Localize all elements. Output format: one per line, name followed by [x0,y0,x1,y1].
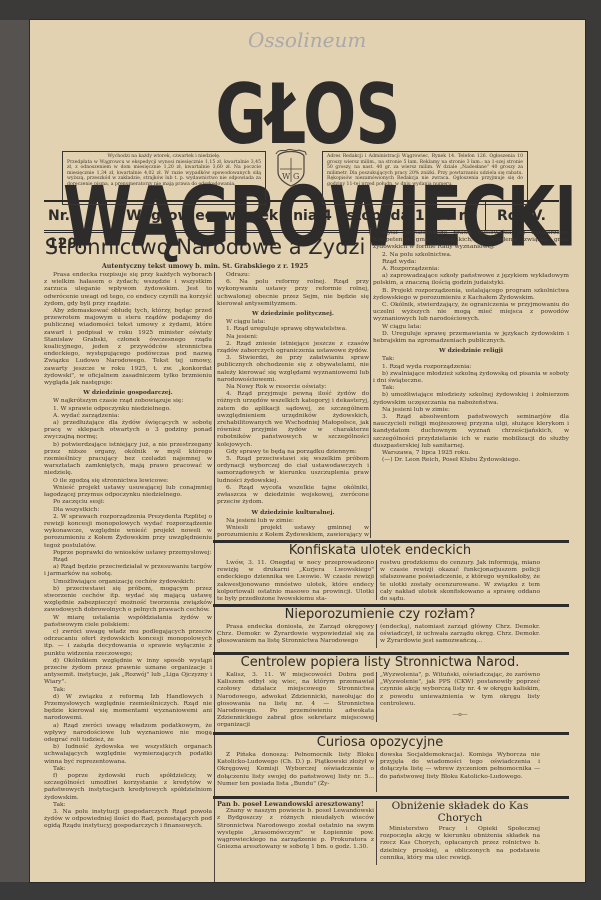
paragraph: Rząd wyda: [373,259,569,266]
article-text: Kalisz, 3. 11. W miejscowości Dobra pod … [217,672,374,730]
paragraph: 4. Rząd przyjmuje pewną ilość żydów do r… [217,391,369,449]
subscription-prices: Przedpłata w Wągrowcu w ekspedycji wynos… [67,160,261,187]
paragraph: Po zaczęciu sesji: [44,499,212,506]
ornament-divider: —o— [380,712,540,719]
paragraph: Aby zdemaskować obłudę tych, którzy, będ… [44,308,212,387]
paragraph: 3. Stwierdzi, że przy załatwianiu spraw … [217,355,369,384]
paragraph: 3. Na polu instytucji gospodarczych Rząd… [44,809,212,831]
paragraph: Umożliwiające organizację cechów żydowsk… [44,579,212,586]
editorial-info-box: Adres Redakcji i Administracji Wągrowiec… [322,151,528,205]
paragraph: Poprze poprawki do wniosków ustawy przem… [44,550,212,557]
article-text: (endecką), natomiast zarząd główny Chrz.… [380,624,540,646]
paragraph: W miarę ustalania współdziałania żydów w… [44,615,212,629]
article-title: Obniżenie składek do Kas Chorych [380,800,540,824]
handwritten-note: Ossolineum [248,28,366,52]
article-title: Centrolew popiera listy Stronnictwa Naro… [215,655,545,670]
paragraph: W najkrótszym czasie rząd zobowiązuje si… [44,398,212,405]
paragraph: b) potwierdzające istniejący już, a nie … [44,442,212,478]
issue-number: Nr. 129. [48,202,107,230]
scanner-margin-left [0,20,30,900]
paragraph: Tak: [44,687,212,694]
column-divider [376,801,377,865]
coat-of-arms-icon: W G [273,148,309,188]
section-heading: W dziedzinie kulturalnej. [217,509,369,516]
scanner-margin-bottom [0,882,601,900]
article-lewandowski: Pan b. poseł Lewandowski aresztowany! Zn… [217,801,374,851]
paragraph: (—) Dr. Leon Reich, Poseł Klubu Żydowski… [373,457,569,464]
paragraph: a) Rząd zwróci uwagę władzom podatkowym,… [44,723,212,745]
article-column-left: Prasa endecka doniosła, że Zarząd okręgo… [217,624,374,646]
paragraph: 1. Rząd wyda rozporządzenia: [373,364,569,371]
paragraph: d) W związku z reformą Izb Handlowych i … [44,694,212,723]
article-text: Znany w naszym powiecie b. poseł Lewando… [217,808,374,851]
article-title: Stronnictwo Narodowe a Żydzi [40,235,370,259]
paragraph: Wnieść projekt ustawy usuwającej lub con… [44,485,212,499]
paragraph: myśli powszechnego prawa głosowania; b) … [373,230,569,252]
article-column-left: Kalisz, 3. 11. W miejscowości Dobra pod … [217,672,374,730]
paragraph: 2. Na polu szkolnictwa. [373,252,569,259]
paragraph: Dla wszystkich: [44,507,212,514]
paragraph: B. Projekt rozporządzenia, ustalającego … [373,288,569,302]
column-divider [376,672,377,722]
paragraph: Gdy sprawy te będą na porządku dziennym: [217,449,369,456]
article-column-3: myśli powszechnego prawa głosowania; b) … [373,230,569,535]
paragraph: 5. Rząd przeciwstawi się wszelkim próbom… [217,456,369,485]
column-divider [376,752,377,792]
paragraph: Na jesieni lub w zimie: [217,518,369,525]
paragraph: Na jesieni lub w zimie: [373,407,569,414]
article-subtitle: Autentyczny tekst umowy b. min. St. Grab… [40,262,370,270]
paragraph: b) ludność żydowska we wszystkich organa… [44,744,212,766]
article-text: Prasa endecka doniosła, że Zarząd okręgo… [217,624,374,646]
paragraph: 1. Rząd ureguluje sprawę obywatelstwa. [217,326,369,333]
paragraph: 6. Na polu reformy rolnej. Rząd przy wyk… [217,279,369,308]
newspaper-page: Ossolineum GŁOS WĄGROWIECKI Wychodzi na … [30,20,585,882]
paragraph: O ile zgodzą się stronnictwa lewicowe: [44,478,212,485]
column-divider [370,228,371,538]
section-rule [213,796,569,799]
paragraph: Tak: [44,802,212,809]
paragraph: a) zaprowadzające szkoły państwowe z jęz… [373,273,569,287]
article-column-2: Odrazu:6. Na polu reformy rolnej. Rząd p… [217,272,369,537]
article-column-right: dowska Socjaldemokracja). Komisja Wyborc… [380,752,540,781]
article-column-right: rostwu grodzkiemu do cenzury. Jak inform… [380,560,540,603]
column-divider [214,272,215,882]
paragraph: a) przedłużające dla żydów święcących w … [44,420,212,442]
article-title: Curiosa opozycyjne [215,735,545,750]
paragraph: 1. W sprawie odpoczynku niedzielnego. [44,406,212,413]
editorial-address-and-ad-rates: Adres Redakcji i Administracji Wągrowiec… [327,154,523,187]
column-divider [376,624,377,648]
paragraph: C. Okólnik, stwierdzający, że ograniczen… [373,302,569,324]
article-text: rostwu grodzkiemu do cenzury. Jak inform… [380,560,540,603]
paragraph: Na jesieni: [217,334,369,341]
article-column: Ministerstwo Pracy i Opieki Społecznej r… [380,826,540,862]
paragraph: Tak: [373,356,569,363]
article-text: Z Pińska donoszą: Pełnomocnik listy Blok… [217,752,374,788]
paragraph: b) zwalniające młodzież szkolną żydowską… [373,371,569,385]
article-title: Pan b. poseł Lewandowski aresztowany! [217,801,374,808]
article-text: dowska Socjaldemokracja). Komisja Wyborc… [380,752,540,781]
paragraph: 3. Rząd absolwentom państwowych seminarj… [373,414,569,450]
section-heading: W dziedzinie politycznej. [217,310,369,317]
article-title: Nieporozumienie czy rozłam? [215,607,545,622]
paragraph: Odrazu: [217,272,369,279]
paragraph: 6. Rząd wycofa wszelkie tajne okólniki, … [217,485,369,507]
volume-year: Rok V. [489,202,554,230]
paragraph: a) Rząd będzie przeciwdziałał w przesuwa… [44,564,212,578]
article-title: Konfiskata ulotek endeckich [215,543,545,558]
paragraph: d) Okólnikiem względnie w inny sposób wy… [44,658,212,687]
paragraph: Wniesli projekt ustawy gminnej w porozum… [217,525,369,537]
paragraph: f) poprze żydowski ruch spółdzielczy, w … [44,773,212,802]
paragraph: D. Ureguluje sprawę przemawiania w język… [373,331,569,345]
article-column-left: Lwów, 3. 11. Onegdaj w nocy przeprowadzo… [217,560,374,603]
paragraph: 2. W sprawach rozporządzenia Prezydenta … [44,514,212,550]
issue-date-bar: Nr. 129. Wągrowiec, wtorek dnia 4 listop… [44,200,559,233]
paragraph: A. wydać zarządzenia: [44,413,212,420]
article-column-left: Z Pińska donoszą: Pełnomocnik listy Blok… [217,752,374,788]
article-column-right: (endecką), natomiast zarząd główny Chrz.… [380,624,540,646]
issue-date: Wągrowiec, wtorek dnia 4 listopada 1930 … [110,202,486,230]
column-divider [376,560,377,600]
svg-text:G: G [293,172,299,181]
article-column-right: „Wyzwolenia", p. Wituński, oświadczając,… [380,672,540,719]
article-column-1: Prasa endecka rozpisuje się przy każdych… [44,272,212,882]
subscription-info-box: Wychodzi na każdy wtorek, czwartek i nie… [62,151,266,205]
paragraph: 2. Rząd zniesie istniejące jeszcze z cza… [217,341,369,355]
paragraph: Tak: [44,766,212,773]
paragraph: c) zwróci uwagę władz mu podlegających p… [44,629,212,658]
article-text: „Wyzwolenia", p. Wituński, oświadczając,… [380,672,540,708]
paragraph: W ciągu lata: [217,319,369,326]
paragraph: b) przeciwstawi się próbom, mogącym prze… [44,586,212,615]
article-text: Lwów, 3. 11. Onegdaj w nocy przeprowadzo… [217,560,374,603]
svg-text:W: W [282,172,291,181]
paragraph: b) umożliwiające młodzieży szkolnej żydo… [373,392,569,406]
article-text: Ministerstwo Pracy i Opieki Społecznej r… [380,826,540,862]
article-kasy-chorych: Obniżenie składek do Kas Chorych Ministe… [380,800,540,862]
section-heading: W dziedzinie religji [373,347,569,354]
paragraph: Prasa endecka rozpisuje się przy każdych… [44,272,212,308]
paragraph: W ciągu lata: [373,324,569,331]
section-heading: W dziedzinie gospodarczej. [44,389,212,396]
